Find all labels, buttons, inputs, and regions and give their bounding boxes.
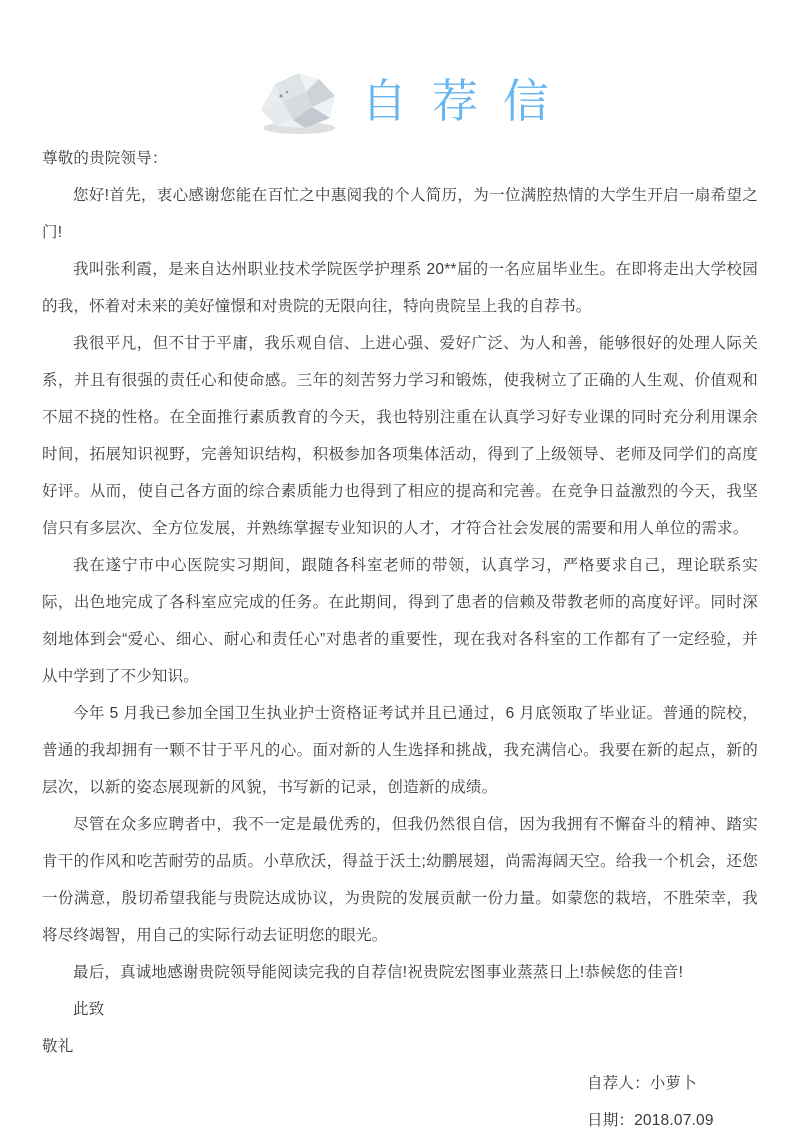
letter-page: 自 荐 信 尊敬的贵院领导： 您好!首先，衷心感谢您能在百忙之中惠阅我的个人简历…: [0, 0, 800, 1132]
crumpled-paper-icon: [245, 66, 347, 136]
body-paragraph-7: 最后，真诚地感谢贵院领导能阅读完我的自荐信!祝贵院宏图事业蒸蒸日上!恭候您的佳音…: [42, 954, 758, 991]
signature-block: 自荐人：小萝卜 日期：2018.07.09: [587, 1065, 758, 1132]
title-row: 自 荐 信: [0, 0, 800, 140]
closing-jingli: 敬礼: [42, 1028, 758, 1065]
signature-date-line: 日期：2018.07.09: [587, 1102, 758, 1132]
body-paragraph-2: 我叫张利霞，是来自达州职业技术学院医学护理系 20**届的一名应届毕业生。在即将…: [42, 251, 758, 325]
body-paragraph-3: 我很平凡，但不甘于平庸，我乐观自信、上进心强、爱好广泛、为人和善，能够很好的处理…: [42, 325, 758, 547]
page-title: 自 荐 信: [361, 78, 555, 124]
body-paragraph-4: 我在遂宁市中心医院实习期间，跟随各科室老师的带领，认真学习，严格要求自己，理论联…: [42, 547, 758, 695]
salutation: 尊敬的贵院领导：: [42, 140, 758, 177]
body-paragraph-5: 今年 5 月我已参加全国卫生执业护士资格证考试并且已通过，6 月底领取了毕业证。…: [42, 695, 758, 806]
body-paragraph-6: 尽管在众多应聘者中，我不一定是最优秀的，但我仍然很自信，因为我拥有不懈奋斗的精神…: [42, 806, 758, 954]
signature-name-line: 自荐人：小萝卜: [587, 1065, 758, 1102]
closing-cizhi: 此致: [42, 991, 758, 1028]
letter-body: 尊敬的贵院领导： 您好!首先，衷心感谢您能在百忙之中惠阅我的个人简历，为一位满腔…: [42, 140, 758, 1132]
body-paragraph-1: 您好!首先，衷心感谢您能在百忙之中惠阅我的个人简历，为一位满腔热情的大学生开启一…: [42, 177, 758, 251]
